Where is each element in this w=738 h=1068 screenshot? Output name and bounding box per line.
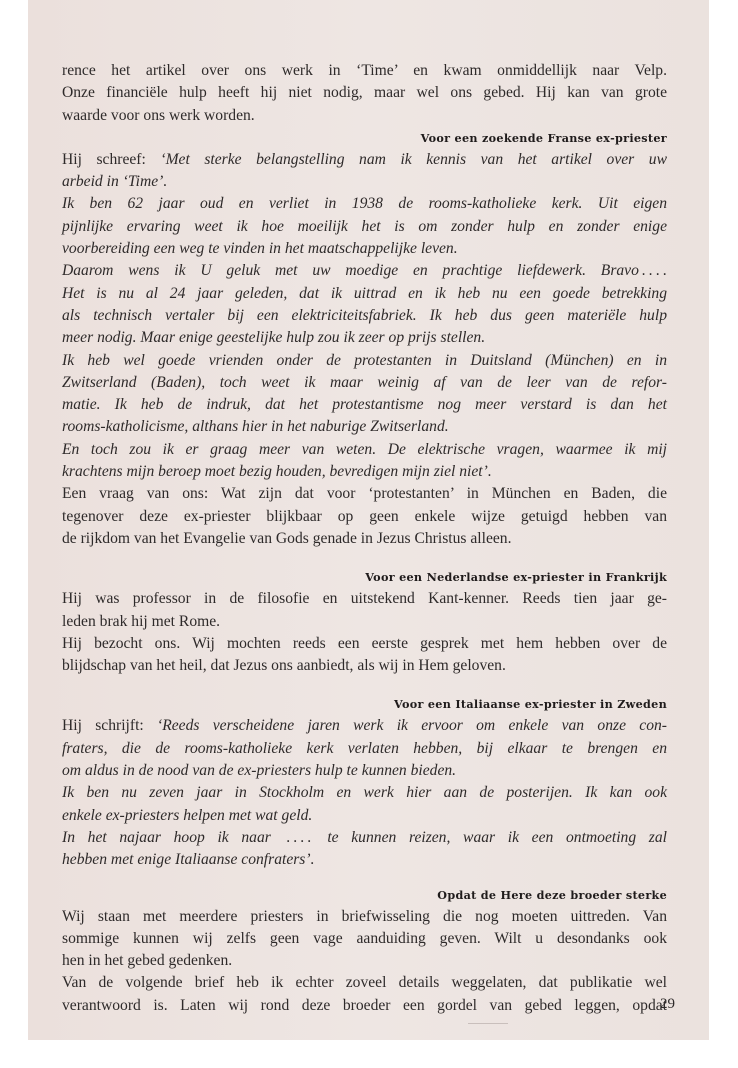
text-line: als technisch vertaler bij een elektrici… [62, 305, 667, 327]
section: Voor een zoekende Franse ex-priesterHij … [62, 127, 667, 550]
text-line: verantwoord is. Laten wij rond deze broe… [62, 995, 667, 1017]
quoted-italic-text: rooms-katholicisme, althans hier in het … [62, 418, 449, 435]
quoted-italic-text: meer nodig. Maar enige geestelijke hulp … [62, 329, 485, 346]
intro-paragraph: rence het artikel over ons werk in ‘Time… [62, 60, 667, 127]
quoted-italic-text: voorbereiding een weg te vinden in het m… [62, 240, 458, 257]
section-heading: Opdat de Here deze broeder sterke [62, 884, 667, 906]
roman-text: Van de volgende brief heb ik echter zove… [62, 974, 667, 991]
text-line: En toch zou ik er graag meer van weten. … [62, 439, 667, 461]
section: Opdat de Here deze broeder sterkeWij sta… [62, 884, 667, 1017]
roman-text: Wij staan met meerdere priesters in brie… [62, 908, 667, 925]
text-line: Hij schreef: ‘Met sterke belangstelling … [62, 149, 667, 171]
section-heading: Voor een Italiaanse ex-priester in Zwede… [62, 693, 667, 715]
page-body: rence het artikel over ons werk in ‘Time… [62, 60, 667, 1017]
roman-text: blijdschap van het heil, dat Jezus ons a… [62, 657, 506, 674]
sections-container: Voor een zoekende Franse ex-priesterHij … [62, 127, 667, 1017]
text-line: Het is nu al 24 jaar geleden, dat ik uit… [62, 283, 667, 305]
text-line: leden brak hij met Rome. [62, 611, 667, 633]
text-line: arbeid in ‘Time’. [62, 171, 667, 193]
text-line: krachtens mijn beroep moet bezig houden,… [62, 461, 667, 483]
text-line: rence het artikel over ons werk in ‘Time… [62, 60, 667, 82]
roman-text: hen in het gebed gedenken. [62, 952, 232, 969]
text-line: Wij staan met meerdere priesters in brie… [62, 906, 667, 928]
quoted-italic-text: En toch zou ik er graag meer van weten. … [62, 441, 667, 458]
text-line: voorbereiding een weg te vinden in het m… [62, 238, 667, 260]
text-line: waarde voor ons werk worden. [62, 105, 667, 127]
quoted-italic-text: Daarom wens ik U geluk met uw moedige en… [62, 262, 667, 279]
print-smudge [468, 1023, 508, 1024]
text-line: Daarom wens ik U geluk met uw moedige en… [62, 260, 667, 282]
quoted-italic-text: matie. Ik heb de indruk, dat het protest… [62, 396, 667, 413]
text-line: sommige kunnen wij zelfs geen vage aandu… [62, 928, 667, 950]
roman-text: verantwoord is. Laten wij rond deze broe… [62, 997, 667, 1014]
quoted-italic-text: Ik ben 62 jaar oud en verliet in 1938 de… [62, 195, 667, 212]
text-line: In het najaar hoop ik naar . . . . te ku… [62, 827, 667, 849]
quoted-italic-text: als technisch vertaler bij een elektrici… [62, 307, 667, 324]
text-line: Ik ben nu zeven jaar in Stockholm en wer… [62, 782, 667, 804]
text-line: Ik ben 62 jaar oud en verliet in 1938 de… [62, 193, 667, 215]
quoted-italic-text: Ik ben nu zeven jaar in Stockholm en wer… [62, 784, 667, 801]
text-line: Zwitserland (Baden), toch weet ik maar w… [62, 372, 667, 394]
text-line: tegenover deze ex-priester blijkbaar op … [62, 506, 667, 528]
roman-text: Een vraag van ons: Wat zijn dat voor ‘pr… [62, 485, 667, 502]
section-heading: Voor een zoekende Franse ex-priester [62, 127, 667, 149]
text-line: rooms-katholicisme, althans hier in het … [62, 416, 667, 438]
section: Voor een Italiaanse ex-priester in Zwede… [62, 693, 667, 871]
quoted-italic-text: ‘Met sterke belangstelling nam ik kennis… [160, 151, 667, 168]
roman-text: Hij schreef: [62, 151, 160, 168]
text-line: Hij was professor in de filosofie en uit… [62, 588, 667, 610]
text-line: matie. Ik heb de indruk, dat het protest… [62, 394, 667, 416]
quoted-italic-text: hebben met enige Italiaanse confraters’. [62, 851, 314, 868]
text-line: enkele ex-priesters helpen met wat geld. [62, 805, 667, 827]
section: Voor een Nederlandse ex-priester in Fran… [62, 566, 667, 677]
quoted-italic-text: fraters, die de rooms-katholieke kerk ve… [62, 740, 667, 757]
text-line: om aldus in de nood van de ex-priesters … [62, 760, 667, 782]
page-number: 29 [660, 996, 675, 1013]
roman-text: tegenover deze ex-priester blijkbaar op … [62, 508, 667, 525]
text-line: Ik heb wel goede vrienden onder de prote… [62, 350, 667, 372]
roman-text: Hij schrijft: [62, 717, 157, 734]
text-line: meer nodig. Maar enige geestelijke hulp … [62, 327, 667, 349]
quoted-italic-text: enkele ex-priesters helpen met wat geld. [62, 807, 312, 824]
text-line: fraters, die de rooms-katholieke kerk ve… [62, 738, 667, 760]
text-line: de rijkdom van het Evangelie van Gods ge… [62, 528, 667, 550]
quoted-italic-text: Het is nu al 24 jaar geleden, dat ik uit… [62, 285, 667, 302]
book-page: rence het artikel over ons werk in ‘Time… [28, 0, 709, 1040]
text-line: blijdschap van het heil, dat Jezus ons a… [62, 655, 667, 677]
text-line: pijnlijke ervaring weet ik hoe moeilijk … [62, 216, 667, 238]
text-line: hen in het gebed gedenken. [62, 950, 667, 972]
roman-text: de rijkdom van het Evangelie van Gods ge… [62, 530, 512, 547]
roman-text: Hij was professor in de filosofie en uit… [62, 590, 667, 607]
roman-text: leden brak hij met Rome. [62, 613, 220, 630]
quoted-italic-text: ‘Reeds verscheidene jaren werk ik ervoor… [157, 717, 667, 734]
quoted-italic-text: In het najaar hoop ik naar . . . . te ku… [62, 829, 667, 846]
text-line: Hij bezocht ons. Wij mochten reeds een e… [62, 633, 667, 655]
quoted-italic-text: om aldus in de nood van de ex-priesters … [62, 762, 456, 779]
quoted-italic-text: Ik heb wel goede vrienden onder de prote… [62, 352, 667, 369]
roman-text: sommige kunnen wij zelfs geen vage aandu… [62, 930, 667, 947]
text-line: Een vraag van ons: Wat zijn dat voor ‘pr… [62, 483, 667, 505]
section-heading: Voor een Nederlandse ex-priester in Fran… [62, 566, 667, 588]
text-line: hebben met enige Italiaanse confraters’. [62, 849, 667, 871]
quoted-italic-text: pijnlijke ervaring weet ik hoe moeilijk … [62, 218, 667, 235]
text-line: Hij schrijft: ‘Reeds verscheidene jaren … [62, 715, 667, 737]
quoted-italic-text: Zwitserland (Baden), toch weet ik maar w… [62, 374, 667, 391]
quoted-italic-text: krachtens mijn beroep moet bezig houden,… [62, 463, 492, 480]
text-line: Van de volgende brief heb ik echter zove… [62, 972, 667, 994]
text-line: Onze financiële hulp heeft hij niet nodi… [62, 82, 667, 104]
roman-text: Hij bezocht ons. Wij mochten reeds een e… [62, 635, 667, 652]
quoted-italic-text: arbeid in ‘Time’. [62, 173, 167, 190]
